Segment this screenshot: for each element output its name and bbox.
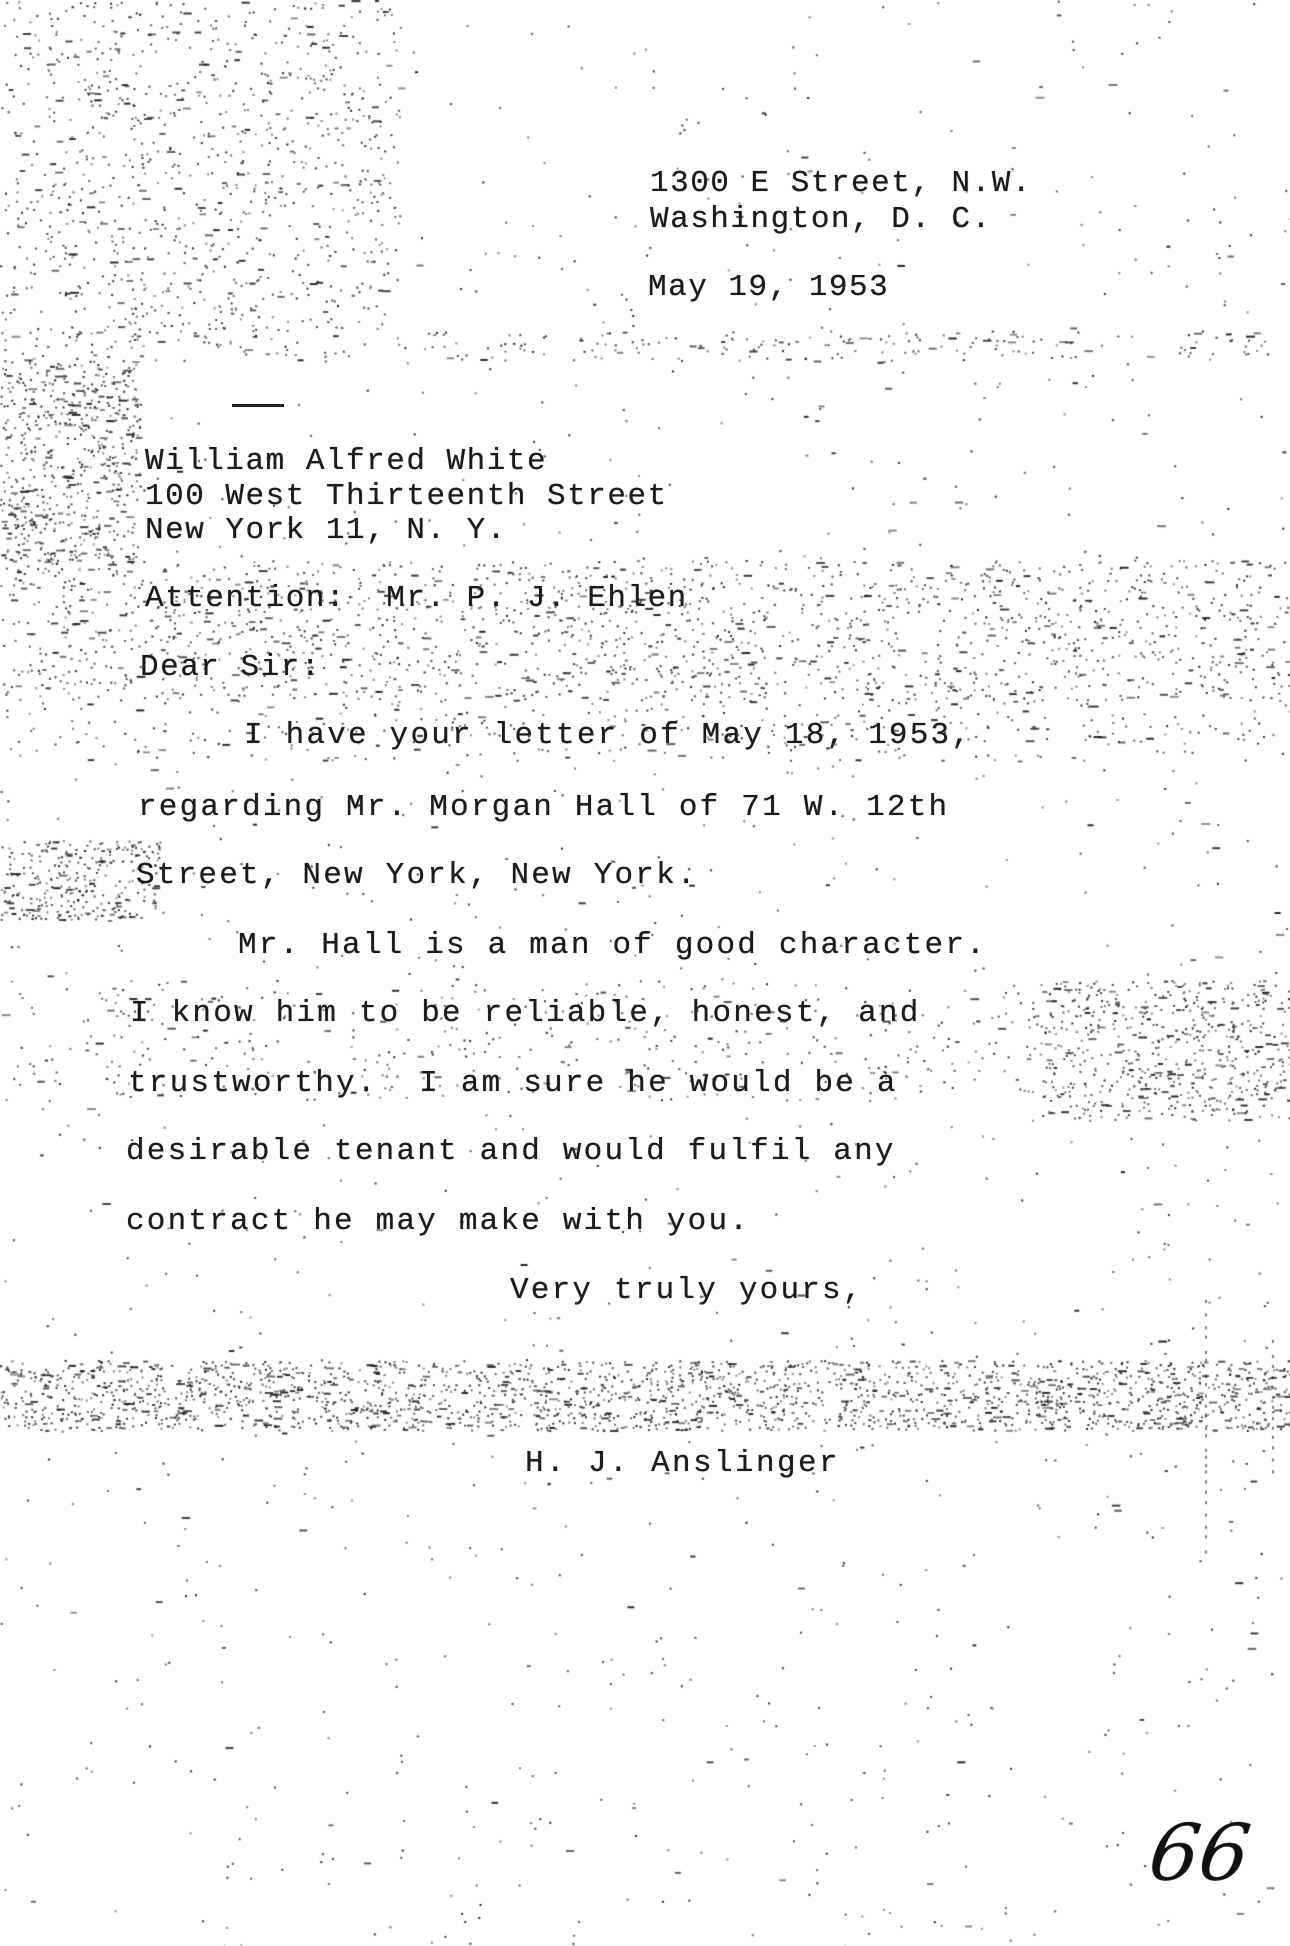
attention-line: Attention: Mr. P. J. Ehlen [145,583,688,614]
body-paragraph-2-line: trustworthy. I am sure he would be a [128,1068,898,1099]
body-paragraph-1-line: regarding Mr. Morgan Hall of 71 W. 12th [138,792,949,823]
letter-date: May 19, 1953 [648,272,889,303]
sender-address-street: 1300 E Street, N.W. [650,168,1032,199]
handwritten-page-number: 66 [1145,1815,1255,1893]
signature-name: H. J. Anslinger [525,1448,840,1479]
stray-rule-mark [232,404,284,407]
closing: Very truly yours, [510,1275,864,1306]
body-paragraph-2-line: contract he may make with you. [126,1206,750,1237]
body-paragraph-1-line: I have your letter of May 18, 1953, [140,720,972,751]
body-paragraph-2-line: Mr. Hall is a man of good character. [134,930,987,961]
salutation: Dear Sir: [140,652,321,683]
recipient-city: New York 11, N. Y. [145,515,507,546]
sender-address-city: Washington, D. C. [650,204,992,235]
body-paragraph-2-line: desirable tenant and would fulfil any [126,1136,896,1167]
body-paragraph-2-line: I know him to be reliable, honest, and [130,998,921,1029]
recipient-name: William Alfred White [145,446,547,477]
body-paragraph-1-line: Street, New York, New York. [136,860,698,891]
recipient-street: 100 West Thirteenth Street [145,481,668,512]
photocopy-speckle-noise [0,0,1290,1946]
